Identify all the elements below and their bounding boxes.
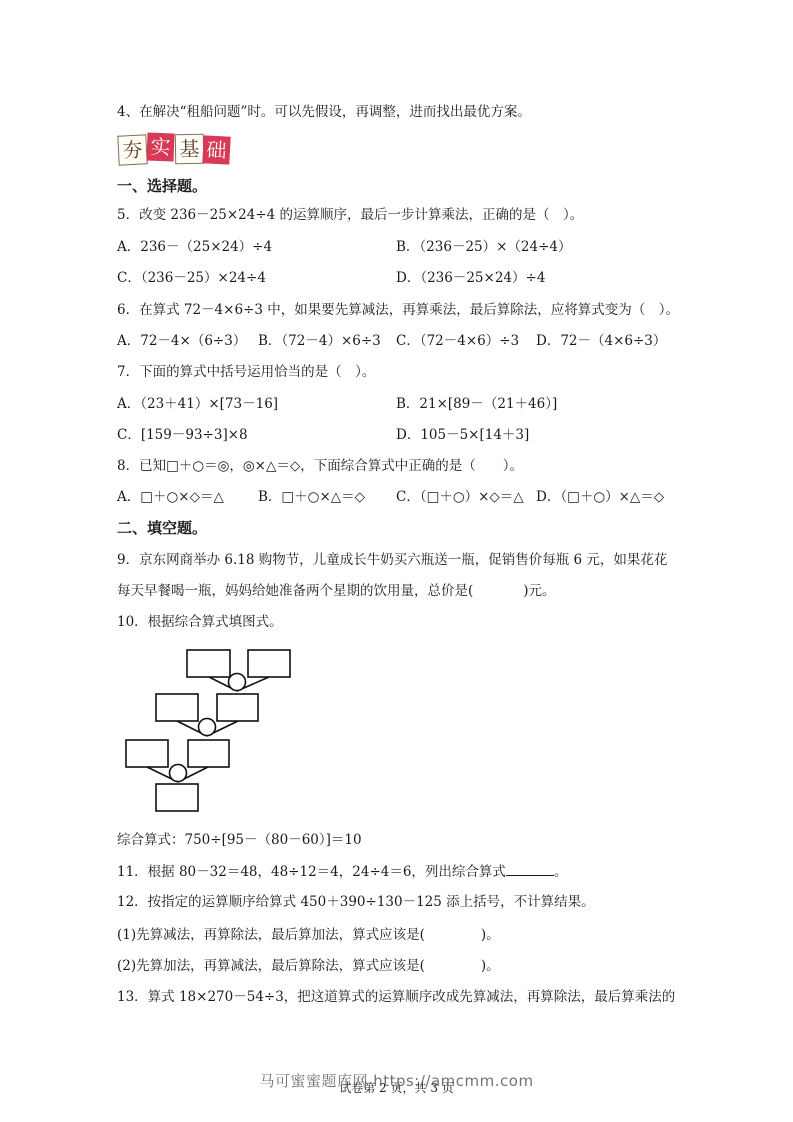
q6-option-d: D．72－（4×6÷3）	[536, 332, 666, 350]
badge-tile-2: 实	[147, 133, 175, 162]
q5-option-b: B．（236－25）×（24÷4）	[396, 238, 572, 256]
diagram-box-mid-left	[156, 694, 198, 721]
q7-option-d: D．105－5×[14＋3]	[396, 426, 529, 444]
intro-line-4: 4、在解决“租船问题”时。可以先假设，再调整，进而找出最优方案。	[117, 103, 531, 121]
q9-line-2-prefix: 每天早餐喝一瓶，妈妈给她准备两个星期的饮用量，总价是(	[117, 583, 473, 599]
q11-stem: 11．根据 80－32＝48，48÷12＝4，24÷4＝6，列出综合算式。	[117, 862, 567, 881]
page-footer: 试卷第 2 页，共 3 页 马可蜜蜜题库网 https://amcmm.com	[0, 1068, 793, 1098]
section-title-choice: 一、选择题。	[117, 176, 207, 196]
q10-formula: 综合算式：750÷[95－（80－60）]＝10	[117, 831, 362, 849]
diagram-operator-circle-1	[229, 674, 246, 691]
q7-stem: 7．下面的算式中括号运用恰当的是（ ）。	[117, 363, 375, 381]
section-title-fill-blank: 二、填空题。	[117, 518, 207, 538]
q5-option-d: D．（236－25×24）÷4	[396, 269, 545, 287]
diagram-operator-circle-3	[170, 765, 187, 782]
q8-option-b: B．□＋○×△＝◇	[258, 488, 365, 506]
section-badge-hangshijichu: 夯 实 基 础	[118, 131, 233, 165]
diagram-operator-circle-2	[199, 719, 216, 736]
q7-option-a: A．（23＋41）×[73－16]	[117, 395, 278, 413]
q12-sub-1-suffix: )。	[481, 927, 500, 943]
q5-stem: 5．改变 236－25×24÷4 的运算顺序，最后一步计算乘法，正确的是（ ）。	[117, 206, 583, 224]
diagram-box-low-left	[126, 740, 168, 767]
q12-sub-2-suffix: )。	[481, 958, 500, 974]
diagram-box-low-right	[188, 740, 229, 767]
q8-option-d: D．（□＋○）×△＝◇	[536, 488, 664, 506]
q12-sub-2: (2)先算加法，再算减法，最后算除法，算式应该是()。	[117, 957, 500, 975]
badge-tile-3: 基	[175, 134, 205, 165]
q9-line-2: 每天早餐喝一瓶，妈妈给她准备两个星期的饮用量，总价是()元。	[117, 582, 556, 600]
q12-sub-2-prefix: (2)先算加法，再算减法，最后算除法，算式应该是(	[117, 958, 425, 974]
diagram-box-mid-right	[217, 694, 258, 721]
q11-suffix: 。	[554, 864, 568, 880]
q6-stem: 6．在算式 72－4×6÷3 中，如果要先算减法，再算乘法，最后算除法，应将算式…	[117, 301, 679, 319]
q6-option-b: B．（72－4）×6÷3	[258, 332, 381, 350]
q5-option-c: C．（236－25）×24÷4	[117, 269, 266, 287]
q6-option-a: A．72－4×（6÷3）	[117, 332, 246, 350]
q12-stem: 12．按指定的运算顺序给算式 450＋390÷130－125 添上括号，不计算结…	[117, 893, 595, 911]
q8-option-c: C．（□＋○）×◇＝△	[396, 488, 524, 506]
q12-sub-1: (1)先算减法，再算除法，最后算加法，算式应该是()。	[117, 926, 500, 944]
diagram-box-top-left	[187, 650, 230, 677]
q6-option-c: C．（72－4×6）÷3	[396, 332, 519, 350]
q9-line-2-suffix: )元。	[523, 583, 555, 599]
q13-stem: 13．算式 18×270－54÷3，把这道算式的运算顺序改成先算减法，再算除法，…	[117, 988, 675, 1006]
q8-option-a: A．□＋○×◇＝△	[117, 488, 224, 506]
q5-option-a: A．236－（25×24）÷4	[117, 238, 272, 256]
q12-sub-1-prefix: (1)先算减法，再算除法，最后算加法，算式应该是(	[117, 927, 425, 943]
q9-line-1: 9．京东网商举办 6.18 购物节，儿童成长牛奶买六瓶送一瓶，促销售价每瓶 6 …	[117, 551, 667, 569]
badge-tile-1: 夯	[117, 134, 148, 165]
watermark: 马可蜜蜜题库网 https://amcmm.com	[0, 1070, 793, 1091]
badge-tile-4: 础	[202, 135, 230, 164]
q7-option-b: B．21×[89－（21＋46）]	[396, 395, 557, 413]
q11-answer-blank[interactable]	[506, 862, 554, 876]
diagram-box-result	[156, 784, 198, 811]
diagram-box-top-right	[248, 650, 290, 677]
q8-stem: 8．已知□＋○＝◎，◎×△＝◇，下面综合算式中正确的是（ ）。	[117, 457, 523, 475]
q11-prefix: 11．根据 80－32＝48，48÷12＝4，24÷4＝6，列出综合算式	[117, 864, 506, 880]
q7-option-c: C．[159－93÷3]×8	[117, 426, 248, 444]
q10-stem: 10．根据综合算式填图式。	[117, 613, 283, 631]
